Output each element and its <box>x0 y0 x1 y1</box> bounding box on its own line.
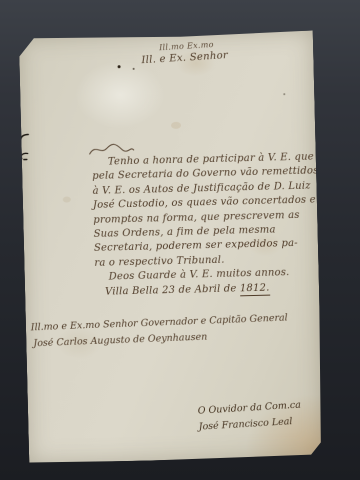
letter-paper: Ill.mo Ex.mo Ill. e Ex. Senhor Tenho a h… <box>19 30 323 463</box>
ink-speck <box>283 93 285 95</box>
letter-body: Tenho a honra de participar à V. E. que … <box>92 150 327 300</box>
dateline-place-day: Villa Bella 23 de Abril de <box>105 283 240 297</box>
signature-block: O Ouvidor da Com.ca José Francisco Leal <box>197 396 329 436</box>
edge-ink-mark-icon <box>18 145 30 164</box>
photo-background: Ill.mo Ex.mo Ill. e Ex. Senhor Tenho a h… <box>0 0 360 480</box>
foxing-stain <box>171 122 181 129</box>
foxing-stain <box>63 196 71 202</box>
addressee-block: Ill.mo e Ex.mo Senhor Governador e Capit… <box>31 310 292 351</box>
ink-speck <box>133 68 135 70</box>
salutation-line: Ill. e Ex. Senhor <box>141 50 228 66</box>
edge-ink-mark-icon <box>18 127 30 146</box>
dateline-year: 1812. <box>240 282 270 296</box>
ink-speck <box>118 65 121 68</box>
